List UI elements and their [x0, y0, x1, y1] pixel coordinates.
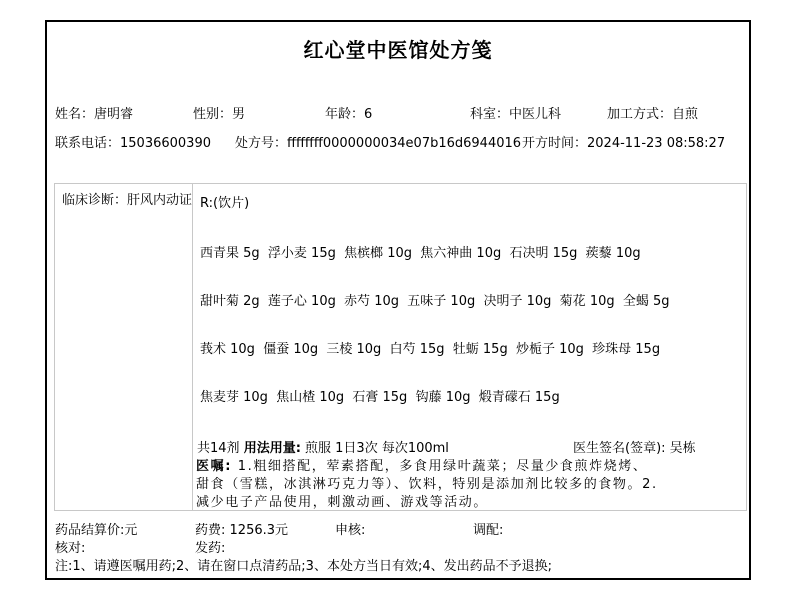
- patient-age-label: 年龄：: [325, 107, 364, 122]
- medical-advice-text: 1.粗细搭配，荤素搭配，多食用绿叶蔬菜；尽量少食煎炸烧烤、甜食（雪糕，冰淇淋巧克…: [196, 459, 658, 510]
- review-field: 申核:: [335, 522, 365, 539]
- phone-label: 联系电话：: [55, 136, 120, 151]
- fee-field: 药费: 1256.3元: [195, 522, 288, 539]
- footer-note: 注:1、请遵医嘱用药;2、请在窗口点清药品;3、本处方当日有效;4、发出药品不予…: [55, 558, 552, 575]
- page-title: 红心堂中医馆处方笺: [45, 34, 751, 63]
- check-field: 核对:: [55, 540, 85, 557]
- medical-advice-label: 医嘱:: [196, 459, 232, 474]
- herb-line-3: 莪术 10g 僵蚕 10g 三棱 10g 白芍 15g 牡蛎 15g 炒栀子 1…: [200, 341, 660, 358]
- rx-number-value: ffffffff0000000034e07b16d6944016: [287, 136, 521, 151]
- medical-advice: 医嘱: 1.粗细搭配，荤素搭配，多食用绿叶蔬菜；尽量少食煎炸烧烤、甜食（雪糕，冰…: [196, 458, 662, 512]
- usage-line: 共14剂 用法用量: 煎服 1日3次 每次100ml: [197, 440, 449, 457]
- patient-name-label: 姓名：: [55, 107, 94, 122]
- rx-header: R:(饮片): [200, 195, 249, 212]
- doctor-signature: 医生签名(签章): 吴栋: [573, 440, 696, 457]
- patient-gender-label: 性别：: [193, 107, 232, 122]
- doctor-signature-label: 医生签名(签章):: [573, 441, 670, 456]
- settle-price-value: 元: [124, 523, 137, 538]
- issue-time-value: 2024-11-23 08:58:27: [587, 136, 725, 151]
- patient-department-field: 科室：中医儿科: [470, 106, 561, 123]
- settle-price-label: 药品结算价:: [55, 523, 124, 538]
- fee-value: 1256.3元: [225, 523, 288, 538]
- issue-field: 发药:: [195, 540, 225, 557]
- dispense-field: 调配:: [473, 522, 503, 539]
- patient-gender-value: 男: [232, 107, 245, 122]
- patient-gender-field: 性别：男: [193, 106, 245, 123]
- usage-label: 用法用量:: [244, 441, 301, 456]
- rx-number-label: 处方号：: [235, 136, 287, 151]
- total-doses: 共14剂: [197, 441, 244, 456]
- patient-age-value: 6: [364, 107, 372, 122]
- clinical-diagnosis: 临床诊断：肝风内动证: [62, 192, 194, 209]
- phone-field: 联系电话：15036600390: [55, 135, 211, 152]
- patient-name-value: 唐明睿: [94, 107, 133, 122]
- phone-value: 15036600390: [120, 136, 211, 151]
- prescription-table-divider: [192, 183, 193, 511]
- settle-price-field: 药品结算价:元: [55, 522, 137, 539]
- patient-name-field: 姓名：唐明睿: [55, 106, 133, 123]
- issue-time-field: 开方时间：2024-11-23 08:58:27: [522, 135, 725, 152]
- prescription-sheet: 红心堂中医馆处方笺 姓名：唐明睿 性别：男 年龄：6 科室：中医儿科 加工方式：…: [0, 0, 800, 600]
- rx-number-field: 处方号：ffffffff0000000034e07b16d6944016: [235, 135, 521, 152]
- issue-time-label: 开方时间：: [522, 136, 587, 151]
- patient-age-field: 年龄：6: [325, 106, 372, 123]
- fee-label: 药费:: [195, 523, 225, 538]
- herb-line-1: 西青果 5g 浮小麦 15g 焦槟榔 10g 焦六神曲 10g 石决明 15g …: [200, 245, 641, 262]
- patient-department-label: 科室：: [470, 107, 509, 122]
- processing-method-field: 加工方式：自煎: [607, 106, 698, 123]
- doctor-name: 吴栋: [670, 441, 696, 456]
- processing-method-label: 加工方式：: [607, 107, 672, 122]
- clinical-diagnosis-value: 肝风内动证: [127, 193, 192, 208]
- herb-line-4: 焦麦芽 10g 焦山楂 10g 石膏 15g 钩藤 10g 煅青礞石 15g: [200, 389, 560, 406]
- processing-method-value: 自煎: [672, 107, 698, 122]
- usage-value: 煎服 1日3次 每次100ml: [301, 441, 449, 456]
- patient-department-value: 中医儿科: [509, 107, 561, 122]
- herb-line-2: 甜叶菊 2g 莲子心 10g 赤芍 10g 五味子 10g 决明子 10g 菊花…: [200, 293, 670, 310]
- clinical-diagnosis-label: 临床诊断：: [62, 193, 127, 208]
